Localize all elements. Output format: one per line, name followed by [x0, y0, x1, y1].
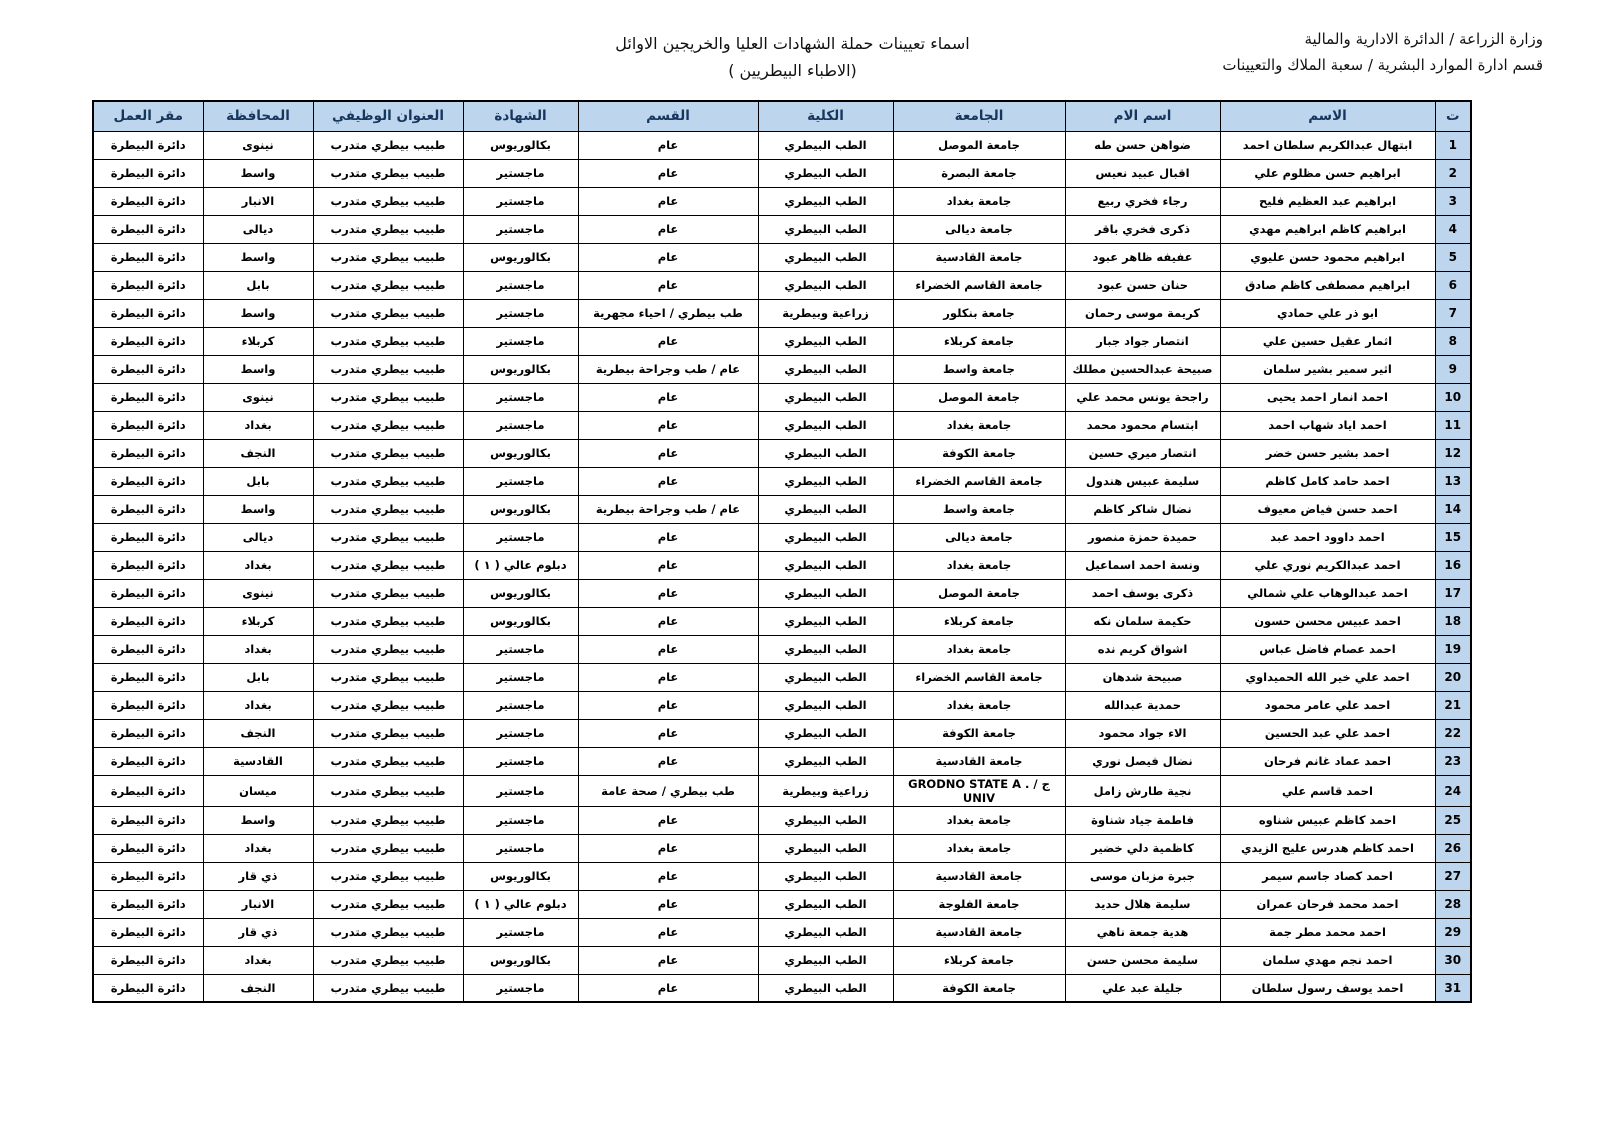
cell-name: احمد قاسم علي: [1220, 775, 1435, 806]
cell-name: احمد يوسف رسول سلطان: [1220, 974, 1435, 1002]
cell-college: الطب البيطري: [758, 523, 893, 551]
cell-dept: عام / طب وجراحة بيطرية: [578, 355, 758, 383]
cell-cert: ماجستير: [463, 523, 578, 551]
cell-university: جامعة بغداد: [893, 691, 1065, 719]
cell-name: احمد محمد مطر جمة: [1220, 918, 1435, 946]
cell-no: 6: [1435, 271, 1471, 299]
cell-university: جامعة القاسم الخضراء: [893, 467, 1065, 495]
cell-job: طبيب بيطري متدرب: [313, 159, 463, 187]
header-certificate: الشهادة: [463, 101, 578, 131]
cell-college: الطب البيطري: [758, 974, 893, 1002]
cell-university: جامعة كربلاء: [893, 327, 1065, 355]
cell-university: جامعة بغداد: [893, 806, 1065, 834]
cell-name: ابتهال عبدالكريم سلطان احمد: [1220, 131, 1435, 159]
cell-office: دائرة البيطرة: [93, 159, 203, 187]
cell-office: دائرة البيطرة: [93, 243, 203, 271]
cell-mother: راجحة يونس محمد علي: [1065, 383, 1220, 411]
cell-cert: ماجستير: [463, 383, 578, 411]
cell-mother: ذكرى يوسف احمد: [1065, 579, 1220, 607]
cell-job: طبيب بيطري متدرب: [313, 215, 463, 243]
cell-cert: ماجستير: [463, 187, 578, 215]
cell-job: طبيب بيطري متدرب: [313, 691, 463, 719]
cell-gov: النجف: [203, 974, 313, 1002]
cell-college: الطب البيطري: [758, 439, 893, 467]
cell-office: دائرة البيطرة: [93, 747, 203, 775]
cell-university: جامعة القاسم الخضراء: [893, 271, 1065, 299]
cell-university: جامعة بغداد: [893, 411, 1065, 439]
cell-job: طبيب بيطري متدرب: [313, 467, 463, 495]
cell-dept: عام: [578, 747, 758, 775]
cell-gov: واسط: [203, 806, 313, 834]
cell-job: طبيب بيطري متدرب: [313, 890, 463, 918]
cell-name: ابراهيم محمود حسن عليوي: [1220, 243, 1435, 271]
cell-office: دائرة البيطرة: [93, 663, 203, 691]
cell-gov: كربلاء: [203, 607, 313, 635]
cell-name: احمد عبدالوهاب علي شمالي: [1220, 579, 1435, 607]
cell-mother: انتصار جواد جبار: [1065, 327, 1220, 355]
cell-name: احمد عماد غانم فرحان: [1220, 747, 1435, 775]
cell-cert: ماجستير: [463, 806, 578, 834]
cell-cert: بكالوريوس: [463, 862, 578, 890]
cell-gov: ديالى: [203, 523, 313, 551]
cell-cert: ماجستير: [463, 663, 578, 691]
cell-cert: بكالوريوس: [463, 579, 578, 607]
cell-university: جامعة القادسية: [893, 243, 1065, 271]
table-row: 15احمد داوود احمد عبدحميدة حمزة منصورجام…: [93, 523, 1471, 551]
cell-cert: بكالوريوس: [463, 131, 578, 159]
table-row: 18احمد عبيس محسن حسونحكيمة سلمان نكهجامع…: [93, 607, 1471, 635]
cell-no: 2: [1435, 159, 1471, 187]
cell-university: جامعة واسط: [893, 355, 1065, 383]
cell-office: دائرة البيطرة: [93, 187, 203, 215]
agency-line-1: وزارة الزراعة / الدائرة الادارية والمالي…: [1222, 26, 1543, 52]
cell-job: طبيب بيطري متدرب: [313, 131, 463, 159]
cell-gov: واسط: [203, 159, 313, 187]
cell-cert: ماجستير: [463, 974, 578, 1002]
cell-dept: عام: [578, 383, 758, 411]
cell-dept: عام: [578, 271, 758, 299]
cell-college: الطب البيطري: [758, 834, 893, 862]
cell-name: احمد كاظم عبيس شناوه: [1220, 806, 1435, 834]
cell-no: 18: [1435, 607, 1471, 635]
cell-dept: عام / طب وجراحة بيطرية: [578, 495, 758, 523]
table-row: 17احمد عبدالوهاب علي شماليذكرى يوسف احمد…: [93, 579, 1471, 607]
table-row: 30احمد نجم مهدي سلمانسليمة محسن حسنجامعة…: [93, 946, 1471, 974]
cell-job: طبيب بيطري متدرب: [313, 271, 463, 299]
cell-name: ابو ذر علي حمادي: [1220, 299, 1435, 327]
cell-cert: بكالوريوس: [463, 439, 578, 467]
cell-office: دائرة البيطرة: [93, 495, 203, 523]
cell-office: دائرة البيطرة: [93, 691, 203, 719]
cell-job: طبيب بيطري متدرب: [313, 747, 463, 775]
cell-college: الطب البيطري: [758, 579, 893, 607]
table-row: 3ابراهيم عبد العظيم فليحرجاء فخري ربيعجا…: [93, 187, 1471, 215]
cell-cert: بكالوريوس: [463, 355, 578, 383]
cell-job: طبيب بيطري متدرب: [313, 607, 463, 635]
cell-university: جامعة القادسية: [893, 918, 1065, 946]
cell-cert: ماجستير: [463, 467, 578, 495]
cell-mother: هدية جمعة ناهي: [1065, 918, 1220, 946]
cell-office: دائرة البيطرة: [93, 890, 203, 918]
letterhead: وزارة الزراعة / الدائرة الادارية والمالي…: [0, 0, 1600, 100]
cell-mother: سليمة هلال حديد: [1065, 890, 1220, 918]
cell-no: 24: [1435, 775, 1471, 806]
cell-dept: عام: [578, 159, 758, 187]
cell-office: دائرة البيطرة: [93, 974, 203, 1002]
cell-mother: ونسة احمد اسماعيل: [1065, 551, 1220, 579]
cell-cert: ماجستير: [463, 775, 578, 806]
cell-mother: نضال فيصل نوري: [1065, 747, 1220, 775]
cell-university: جامعة الموصل: [893, 579, 1065, 607]
cell-mother: سليمة عبيس هندول: [1065, 467, 1220, 495]
cell-university: جامعة الموصل: [893, 131, 1065, 159]
cell-dept: عام: [578, 806, 758, 834]
cell-cert: دبلوم عالي ( ١ ): [463, 890, 578, 918]
table-row: 2ابراهيم حسن مظلوم علياقبال عبيد نعيسجام…: [93, 159, 1471, 187]
cell-mother: اقبال عبيد نعيس: [1065, 159, 1220, 187]
cell-university: ج / GRODNO STATE A . UNIV: [893, 775, 1065, 806]
table-row: 27احمد كصاد جاسم سيمرجبرة مزبان موسىجامع…: [93, 862, 1471, 890]
cell-name: اثير سمير بشير سلمان: [1220, 355, 1435, 383]
cell-university: جامعة القادسية: [893, 862, 1065, 890]
cell-gov: واسط: [203, 355, 313, 383]
cell-college: الطب البيطري: [758, 719, 893, 747]
cell-name: احمد كاظم هدرس عليج الزيدي: [1220, 834, 1435, 862]
header-workplace: مقر العمل: [93, 101, 203, 131]
table-row: 12احمد بشير حسن خضرانتصار ميري حسينجامعة…: [93, 439, 1471, 467]
cell-college: الطب البيطري: [758, 243, 893, 271]
table-row: 28احمد محمد فرحان عمرانسليمة هلال حديدجا…: [93, 890, 1471, 918]
header-university: الجامعة: [893, 101, 1065, 131]
cell-name: احمد نجم مهدي سلمان: [1220, 946, 1435, 974]
cell-job: طبيب بيطري متدرب: [313, 411, 463, 439]
cell-mother: كاظمية دلي خضير: [1065, 834, 1220, 862]
cell-office: دائرة البيطرة: [93, 834, 203, 862]
cell-college: زراعية وبيطرية: [758, 299, 893, 327]
cell-university: جامعة الكوفة: [893, 974, 1065, 1002]
cell-job: طبيب بيطري متدرب: [313, 918, 463, 946]
cell-gov: بغداد: [203, 635, 313, 663]
agency-line-2: قسم ادارة الموارد البشرية / سعبة الملاك …: [1222, 52, 1543, 78]
cell-dept: عام: [578, 834, 758, 862]
cell-office: دائرة البيطرة: [93, 918, 203, 946]
cell-job: طبيب بيطري متدرب: [313, 635, 463, 663]
table-row: 14احمد حسن فياض معيوفنضال شاكر كاظمجامعة…: [93, 495, 1471, 523]
cell-gov: ميسان: [203, 775, 313, 806]
cell-name: احمد علي خير الله الحميداوي: [1220, 663, 1435, 691]
cell-office: دائرة البيطرة: [93, 411, 203, 439]
cell-college: الطب البيطري: [758, 663, 893, 691]
cell-name: اثمار عقيل حسين علي: [1220, 327, 1435, 355]
cell-job: طبيب بيطري متدرب: [313, 775, 463, 806]
cell-mother: حميدة حمزة منصور: [1065, 523, 1220, 551]
cell-job: طبيب بيطري متدرب: [313, 974, 463, 1002]
cell-mother: ابتسام محمود محمد: [1065, 411, 1220, 439]
cell-cert: دبلوم عالي ( ١ ): [463, 551, 578, 579]
cell-gov: بغداد: [203, 834, 313, 862]
cell-gov: واسط: [203, 495, 313, 523]
cell-college: الطب البيطري: [758, 551, 893, 579]
cell-job: طبيب بيطري متدرب: [313, 327, 463, 355]
cell-mother: حكيمة سلمان نكه: [1065, 607, 1220, 635]
table-row: 21احمد علي عامر محمودحمدية عبداللهجامعة …: [93, 691, 1471, 719]
cell-no: 3: [1435, 187, 1471, 215]
cell-job: طبيب بيطري متدرب: [313, 946, 463, 974]
table-row: 25احمد كاظم عبيس شناوهفاطمة جياد شناوةجا…: [93, 806, 1471, 834]
table-row: 19احمد عصام فاضل عباساشواق كريم ندهجامعة…: [93, 635, 1471, 663]
cell-office: دائرة البيطرة: [93, 271, 203, 299]
cell-office: دائرة البيطرة: [93, 806, 203, 834]
cell-job: طبيب بيطري متدرب: [313, 579, 463, 607]
appointments-table-container: ت الاسم اسم الام الجامعة الكلية القسم ال…: [95, 100, 1472, 1003]
cell-mother: جليلة عبد علي: [1065, 974, 1220, 1002]
table-row: 11احمد اياد شهاب احمدابتسام محمود محمدجا…: [93, 411, 1471, 439]
cell-dept: عام: [578, 187, 758, 215]
cell-office: دائرة البيطرة: [93, 383, 203, 411]
cell-university: جامعة الكوفة: [893, 719, 1065, 747]
cell-university: جامعة الكوفة: [893, 439, 1065, 467]
table-row: 4ابراهيم كاظم ابراهيم مهديذكرى فخري باقر…: [93, 215, 1471, 243]
cell-name: احمد حامد كامل كاظم: [1220, 467, 1435, 495]
cell-university: جامعة الموصل: [893, 383, 1065, 411]
cell-college: الطب البيطري: [758, 159, 893, 187]
cell-college: زراعية وبيطرية: [758, 775, 893, 806]
cell-dept: عام: [578, 215, 758, 243]
cell-dept: عام: [578, 467, 758, 495]
cell-mother: انتصار ميري حسين: [1065, 439, 1220, 467]
cell-mother: فاطمة جياد شناوة: [1065, 806, 1220, 834]
cell-dept: عام: [578, 918, 758, 946]
cell-dept: طب بيطري / احياء مجهرية: [578, 299, 758, 327]
cell-name: ابراهيم كاظم ابراهيم مهدي: [1220, 215, 1435, 243]
cell-dept: عام: [578, 411, 758, 439]
cell-university: جامعة بغداد: [893, 834, 1065, 862]
cell-name: احمد عبدالكريم نوري علي: [1220, 551, 1435, 579]
cell-no: 9: [1435, 355, 1471, 383]
cell-dept: عام: [578, 327, 758, 355]
header-college: الكلية: [758, 101, 893, 131]
cell-no: 8: [1435, 327, 1471, 355]
cell-no: 5: [1435, 243, 1471, 271]
cell-college: الطب البيطري: [758, 187, 893, 215]
cell-cert: ماجستير: [463, 411, 578, 439]
cell-gov: بغداد: [203, 691, 313, 719]
cell-university: جامعة القاسم الخضراء: [893, 663, 1065, 691]
cell-gov: بابل: [203, 467, 313, 495]
cell-gov: بغداد: [203, 946, 313, 974]
cell-gov: واسط: [203, 243, 313, 271]
cell-cert: بكالوريوس: [463, 495, 578, 523]
cell-name: ابراهيم مصطفى كاظم صادق: [1220, 271, 1435, 299]
cell-gov: الانبار: [203, 890, 313, 918]
cell-college: الطب البيطري: [758, 890, 893, 918]
cell-university: جامعة كربلاء: [893, 946, 1065, 974]
cell-job: طبيب بيطري متدرب: [313, 834, 463, 862]
cell-gov: نينوى: [203, 383, 313, 411]
cell-name: احمد علي عبد الحسين: [1220, 719, 1435, 747]
table-header: ت الاسم اسم الام الجامعة الكلية القسم ال…: [93, 101, 1471, 131]
cell-dept: طب بيطري / صحة عامة: [578, 775, 758, 806]
cell-office: دائرة البيطرة: [93, 719, 203, 747]
cell-gov: واسط: [203, 299, 313, 327]
cell-gov: بابل: [203, 663, 313, 691]
cell-university: جامعة واسط: [893, 495, 1065, 523]
cell-dept: عام: [578, 635, 758, 663]
cell-cert: ماجستير: [463, 271, 578, 299]
cell-college: الطب البيطري: [758, 215, 893, 243]
cell-university: جامعة البصرة: [893, 159, 1065, 187]
cell-university: جامعة كربلاء: [893, 607, 1065, 635]
cell-cert: بكالوريوس: [463, 243, 578, 271]
cell-cert: ماجستير: [463, 719, 578, 747]
cell-job: طبيب بيطري متدرب: [313, 523, 463, 551]
cell-cert: ماجستير: [463, 299, 578, 327]
cell-mother: ضواهن حسن طه: [1065, 131, 1220, 159]
cell-office: دائرة البيطرة: [93, 775, 203, 806]
cell-mother: اشواق كريم نده: [1065, 635, 1220, 663]
cell-college: الطب البيطري: [758, 918, 893, 946]
cell-no: 15: [1435, 523, 1471, 551]
cell-university: جامعة بغداد: [893, 635, 1065, 663]
table-row: 1ابتهال عبدالكريم سلطان احمدضواهن حسن طه…: [93, 131, 1471, 159]
cell-gov: بغداد: [203, 411, 313, 439]
cell-mother: عفيفه ظاهر عبود: [1065, 243, 1220, 271]
cell-mother: كريمة موسى رحمان: [1065, 299, 1220, 327]
cell-office: دائرة البيطرة: [93, 131, 203, 159]
cell-gov: بغداد: [203, 551, 313, 579]
table-row: 23احمد عماد غانم فرحاننضال فيصل نوريجامع…: [93, 747, 1471, 775]
document-title-line-1: اسماء تعيينات حملة الشهادات العليا والخر…: [570, 30, 1015, 57]
cell-dept: عام: [578, 890, 758, 918]
cell-office: دائرة البيطرة: [93, 862, 203, 890]
cell-university: جامعة بغداد: [893, 551, 1065, 579]
cell-dept: عام: [578, 862, 758, 890]
cell-job: طبيب بيطري متدرب: [313, 495, 463, 523]
cell-cert: ماجستير: [463, 327, 578, 355]
cell-job: طبيب بيطري متدرب: [313, 806, 463, 834]
cell-mother: صبيحة عبدالحسين مطلك: [1065, 355, 1220, 383]
cell-cert: ماجستير: [463, 918, 578, 946]
cell-cert: بكالوريوس: [463, 946, 578, 974]
cell-office: دائرة البيطرة: [93, 299, 203, 327]
cell-no: 16: [1435, 551, 1471, 579]
cell-no: 25: [1435, 806, 1471, 834]
cell-gov: بابل: [203, 271, 313, 299]
table-header-row: ت الاسم اسم الام الجامعة الكلية القسم ال…: [93, 101, 1471, 131]
table-row: 9اثير سمير بشير سلمانصبيحة عبدالحسين مطل…: [93, 355, 1471, 383]
cell-name: احمد انمار احمد يحيى: [1220, 383, 1435, 411]
table-row: 20احمد علي خير الله الحميداويصبيحة شدهان…: [93, 663, 1471, 691]
header-no: ت: [1435, 101, 1471, 131]
cell-dept: عام: [578, 579, 758, 607]
cell-gov: نينوى: [203, 579, 313, 607]
cell-office: دائرة البيطرة: [93, 327, 203, 355]
cell-office: دائرة البيطرة: [93, 946, 203, 974]
cell-job: طبيب بيطري متدرب: [313, 719, 463, 747]
cell-college: الطب البيطري: [758, 383, 893, 411]
cell-no: 27: [1435, 862, 1471, 890]
cell-name: احمد علي عامر محمود: [1220, 691, 1435, 719]
table-row: 22احمد علي عبد الحسينالاء جواد محمودجامع…: [93, 719, 1471, 747]
cell-no: 17: [1435, 579, 1471, 607]
cell-office: دائرة البيطرة: [93, 439, 203, 467]
cell-mother: الاء جواد محمود: [1065, 719, 1220, 747]
cell-name: احمد محمد فرحان عمران: [1220, 890, 1435, 918]
cell-mother: ذكرى فخري باقر: [1065, 215, 1220, 243]
header-job-title: العنوان الوظيفي: [313, 101, 463, 131]
cell-cert: ماجستير: [463, 215, 578, 243]
agency-header: وزارة الزراعة / الدائرة الادارية والمالي…: [1222, 26, 1543, 79]
document-title-line-2: (الاطباء البيطريين ): [570, 57, 1015, 84]
table-row: 31احمد يوسف رسول سلطانجليلة عبد عليجامعة…: [93, 974, 1471, 1002]
cell-job: طبيب بيطري متدرب: [313, 862, 463, 890]
table-row: 6ابراهيم مصطفى كاظم صادقحنان حسن عبودجام…: [93, 271, 1471, 299]
cell-name: احمد كصاد جاسم سيمر: [1220, 862, 1435, 890]
header-governorate: المحافظة: [203, 101, 313, 131]
cell-university: جامعة ديالى: [893, 215, 1065, 243]
cell-university: جامعة بغداد: [893, 187, 1065, 215]
cell-no: 10: [1435, 383, 1471, 411]
cell-dept: عام: [578, 607, 758, 635]
cell-name: ابراهيم حسن مظلوم علي: [1220, 159, 1435, 187]
cell-office: دائرة البيطرة: [93, 355, 203, 383]
cell-university: جامعة الفلوجة: [893, 890, 1065, 918]
cell-office: دائرة البيطرة: [93, 215, 203, 243]
cell-no: 30: [1435, 946, 1471, 974]
cell-dept: عام: [578, 439, 758, 467]
cell-college: الطب البيطري: [758, 862, 893, 890]
cell-job: طبيب بيطري متدرب: [313, 663, 463, 691]
cell-mother: نجية طارش زامل: [1065, 775, 1220, 806]
cell-cert: ماجستير: [463, 159, 578, 187]
appointments-table: ت الاسم اسم الام الجامعة الكلية القسم ال…: [92, 100, 1472, 1003]
cell-college: الطب البيطري: [758, 327, 893, 355]
cell-college: الطب البيطري: [758, 946, 893, 974]
cell-no: 11: [1435, 411, 1471, 439]
cell-no: 26: [1435, 834, 1471, 862]
table-row: 26احمد كاظم هدرس عليج الزيديكاظمية دلي خ…: [93, 834, 1471, 862]
cell-no: 13: [1435, 467, 1471, 495]
cell-no: 28: [1435, 890, 1471, 918]
cell-office: دائرة البيطرة: [93, 607, 203, 635]
cell-name: احمد عصام فاضل عباس: [1220, 635, 1435, 663]
cell-office: دائرة البيطرة: [93, 551, 203, 579]
cell-cert: ماجستير: [463, 691, 578, 719]
cell-college: الطب البيطري: [758, 747, 893, 775]
cell-job: طبيب بيطري متدرب: [313, 439, 463, 467]
cell-gov: كربلاء: [203, 327, 313, 355]
table-row: 5ابراهيم محمود حسن عليويعفيفه ظاهر عبودج…: [93, 243, 1471, 271]
cell-name: ابراهيم عبد العظيم فليح: [1220, 187, 1435, 215]
cell-college: الطب البيطري: [758, 495, 893, 523]
cell-dept: عام: [578, 243, 758, 271]
cell-college: الطب البيطري: [758, 691, 893, 719]
cell-college: الطب البيطري: [758, 806, 893, 834]
cell-office: دائرة البيطرة: [93, 579, 203, 607]
cell-no: 12: [1435, 439, 1471, 467]
cell-mother: نضال شاكر كاظم: [1065, 495, 1220, 523]
cell-cert: بكالوريوس: [463, 607, 578, 635]
cell-gov: نينوى: [203, 131, 313, 159]
cell-college: الطب البيطري: [758, 635, 893, 663]
cell-no: 31: [1435, 974, 1471, 1002]
cell-gov: القادسية: [203, 747, 313, 775]
cell-cert: ماجستير: [463, 747, 578, 775]
cell-university: جامعة بنكلور: [893, 299, 1065, 327]
cell-no: 1: [1435, 131, 1471, 159]
table-row: 29احمد محمد مطر جمةهدية جمعة ناهيجامعة ا…: [93, 918, 1471, 946]
cell-no: 22: [1435, 719, 1471, 747]
